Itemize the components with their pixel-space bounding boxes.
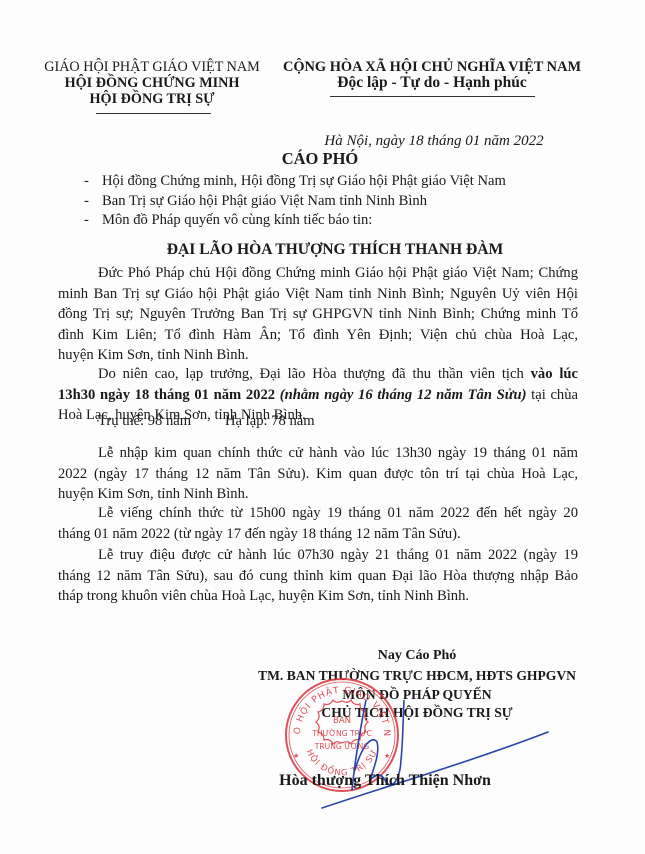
text-line: minh Ban Trị sự Giáo hội Phật giáo Việt … [58, 284, 578, 305]
text-line: tháng 12 năm Tân Sửu), sau đó cung thỉnh… [58, 566, 578, 587]
text-line: Lễ nhập kim quan chính thức cử hành vào … [58, 443, 578, 464]
paragraph-titles: Đức Phó Pháp chủ Hội đồng Chứng minh Giá… [58, 263, 578, 366]
bullet-dash: - [84, 211, 89, 229]
issuer-council-2: HỘI ĐỒNG TRỊ SỰ [90, 91, 215, 107]
text-line: 2022 (ngày 17 tháng 12 năm Tân Sửu). Kim… [58, 464, 578, 485]
paragraph-coffin-ceremony: Lễ nhập kim quan chính thức cử hành vào … [58, 443, 578, 505]
paragraph-visitation: Lễ viếng chính thức từ 15h00 ngày 19 thá… [58, 503, 578, 544]
issuer-council-1: HỘI ĐỒNG CHỨNG MINH [65, 75, 240, 91]
handwritten-signature [300, 700, 600, 810]
issuer-organization: GIÁO HỘI PHẬT GIÁO VIỆT NAM [44, 59, 260, 75]
recipient-text: Ban Trị sự Giáo hội Phật giáo Việt Nam t… [102, 192, 427, 210]
monastic-years: Hạ lạp: 78 năm [225, 413, 315, 430]
text-line: Lễ truy điệu được cử hành lúc 07h30 ngày… [58, 545, 578, 566]
national-motto: Độc lập - Tự do - Hạnh phúc [337, 74, 526, 92]
bullet-dash: - [84, 172, 89, 190]
deceased-name: ĐẠI LÃO HÒA THƯỢNG THÍCH THANH ĐÀM [167, 241, 503, 259]
header-left-rule [96, 113, 211, 114]
passing-text: tại chùa [526, 387, 578, 403]
text-line: tháng 01 năm 2022 (từ ngày 17 đến ngày 1… [58, 524, 578, 545]
passing-date-bold: 13h30 ngày 18 tháng 01 năm 2022 [58, 387, 280, 403]
paragraph-memorial: Lễ truy điệu được cử hành lúc 07h30 ngày… [58, 545, 578, 607]
recipient-text: Hội đồng Chứng minh, Hội đồng Trị sự Giá… [102, 172, 506, 190]
text-line: Đức Phó Pháp chủ Hội đồng Chứng minh Giá… [58, 263, 578, 284]
text-line: đồng Trị sự; Nguyên Trưởng Ban Trị sự GH… [58, 304, 578, 325]
recipient-text: Môn đồ Pháp quyến vô cùng kính tiếc báo … [102, 211, 372, 229]
text-line: Do niên cao, lạp trưởng, Đại lão Hòa thư… [58, 364, 578, 385]
age-years: Trụ thế: 98 năm [98, 413, 191, 430]
closing-phrase: Nay Cáo Phó [378, 648, 457, 664]
bullet-dash: - [84, 192, 89, 210]
text-line: huyện Kim Sơn, tỉnh Ninh Bình. [58, 345, 578, 366]
svg-text:★: ★ [293, 752, 299, 760]
national-title: CỘNG HÒA XÃ HỘI CHỦ NGHĨA VIỆT NAM [283, 59, 581, 75]
lunar-date: (nhằm ngày 16 tháng 12 năm Tân Sửu) [280, 387, 527, 403]
signer-name: Hòa thượng Thích Thiện Nhơn [279, 772, 491, 790]
document-title: CÁO PHÓ [282, 149, 359, 169]
text-line: huyện Kim Sơn, tỉnh Ninh Bình. [58, 484, 578, 505]
text-line: tháp trong khuôn viên chùa Hoà Lạc, huyệ… [58, 586, 578, 607]
text-line: đình Kim Liên; Tổ đình Hàm Ân; Tổ đình Y… [58, 325, 578, 346]
passing-text: Do niên cao, lạp trưởng, Đại lão Hòa thư… [98, 366, 531, 382]
header-right-rule [330, 96, 535, 97]
text-line: 13h30 ngày 18 tháng 01 năm 2022 (nhằm ng… [58, 385, 578, 406]
passing-time-bold: vào lúc [531, 366, 578, 382]
date-line: Hà Nội, ngày 18 tháng 01 năm 2022 [324, 133, 543, 150]
text-line: Lễ viếng chính thức từ 15h00 ngày 19 thá… [58, 503, 578, 524]
